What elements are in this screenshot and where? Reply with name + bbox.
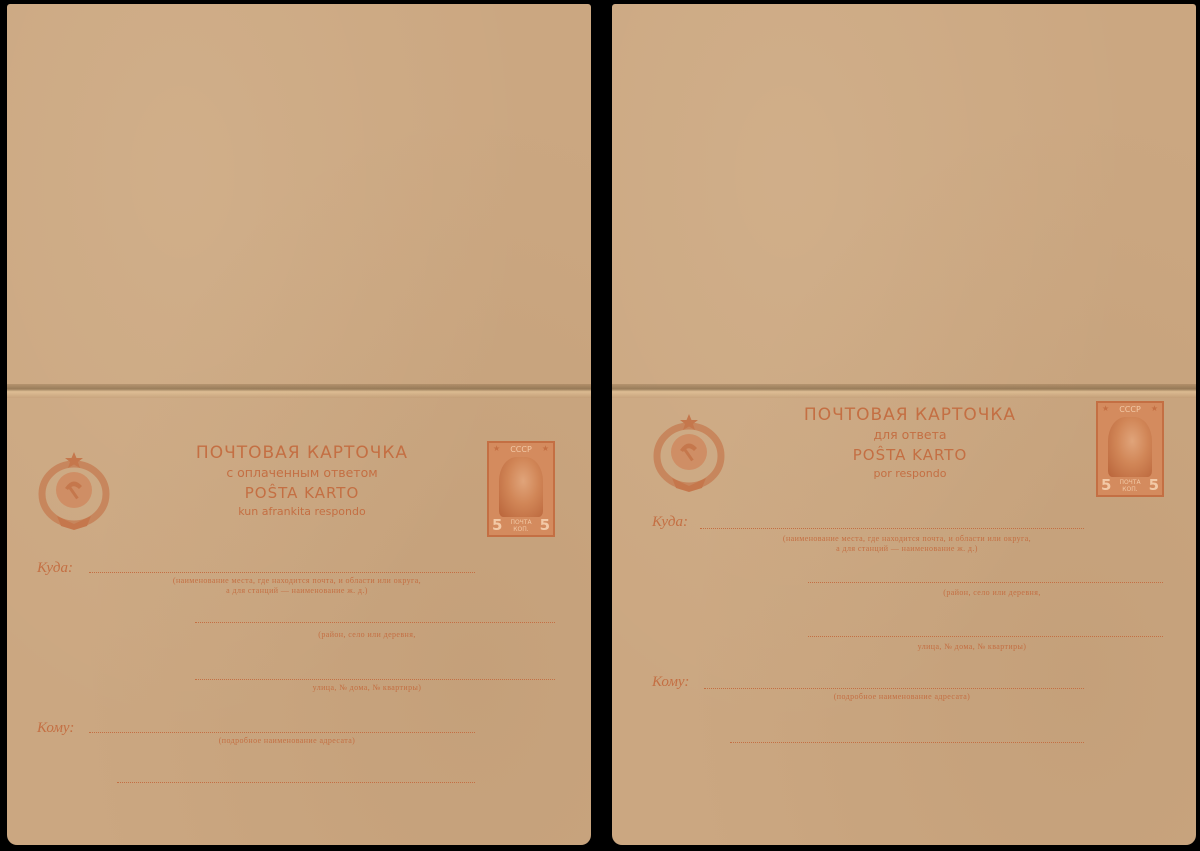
stamp-country: СССР: [1098, 405, 1162, 414]
address-line-2[interactable]: [808, 582, 1163, 583]
card-subtitle: с оплаченным ответом: [167, 464, 437, 482]
fold-crease: [7, 384, 591, 398]
address-line-1[interactable]: [89, 572, 475, 573]
esperanto-title: POŜTA KARTO: [167, 482, 437, 504]
address-hint-district: (район, село или деревня,: [247, 630, 487, 640]
blank-message-panel: [612, 4, 1196, 384]
stamp-label-bottom: КОП.: [505, 526, 537, 533]
stamp-value-right: 5: [540, 516, 550, 534]
to-whom-label: Кому:: [37, 720, 74, 737]
stamp-value: 5: [492, 516, 502, 534]
postage-stamp: ★ ★ СССР 5 ПОЧТАКОП. 5: [1096, 401, 1164, 497]
recipient-line-1[interactable]: [704, 688, 1084, 689]
address-hint-place: (наименование места, где находится почта…: [717, 534, 1097, 554]
address-line-2[interactable]: [195, 622, 555, 623]
stamp-label-top: ПОЧТА: [505, 519, 537, 526]
ussr-coat-of-arms-icon: [650, 412, 728, 496]
soldier-portrait-icon: [499, 457, 543, 517]
to-where-label: Куда:: [652, 514, 688, 531]
stamp-label-bottom: КОП.: [1114, 486, 1146, 493]
address-hint-place: (наименование места, где находится почта…: [107, 576, 487, 596]
blank-message-panel: [7, 4, 591, 384]
stamp-value: 5: [1101, 476, 1111, 494]
postcard-reply-paid: ПОЧТОВАЯ КАРТОЧКА с оплаченным ответом P…: [7, 4, 591, 845]
esperanto-title: POŜTA KARTO: [780, 444, 1040, 466]
stamp-value-right: 5: [1149, 476, 1159, 494]
postage-stamp: ★ ★ СССР 5 ПОЧТАКОП. 5: [487, 441, 555, 537]
recipient-line-2[interactable]: [730, 742, 1084, 743]
address-hint-district: (район, село или деревня,: [872, 588, 1112, 598]
recipient-line-1[interactable]: [89, 732, 475, 733]
postcard-reply: ПОЧТОВАЯ КАРТОЧКА для ответа POŜTA KARTO…: [612, 4, 1196, 845]
stamp-label-top: ПОЧТА: [1114, 479, 1146, 486]
soldier-portrait-icon: [1108, 417, 1152, 477]
esperanto-subtitle: kun afrankita respondo: [167, 504, 437, 520]
card-title: ПОЧТОВАЯ КАРТОЧКА: [780, 404, 1040, 426]
ussr-coat-of-arms-icon: [35, 450, 113, 534]
stamp-country: СССР: [489, 445, 553, 454]
address-line-3[interactable]: [808, 636, 1163, 637]
address-line-1[interactable]: [700, 528, 1084, 529]
recipient-line-2[interactable]: [117, 782, 475, 783]
card-heading: ПОЧТОВАЯ КАРТОЧКА с оплаченным ответом P…: [167, 442, 437, 520]
address-hint-street: улица, № дома, № квартиры): [247, 683, 487, 693]
card-heading: ПОЧТОВАЯ КАРТОЧКА для ответа POŜTA KARTO…: [780, 404, 1040, 482]
address-line-3[interactable]: [195, 679, 555, 680]
to-where-label: Куда:: [37, 560, 73, 577]
card-subtitle: для ответа: [780, 426, 1040, 444]
recipient-hint: (подробное наименование адресата): [157, 736, 417, 746]
recipient-hint: (подробное наименование адресата): [782, 692, 1022, 702]
card-title: ПОЧТОВАЯ КАРТОЧКА: [167, 442, 437, 464]
address-hint-street: улица, № дома, № квартиры): [852, 642, 1092, 652]
fold-crease: [612, 384, 1196, 398]
to-whom-label: Кому:: [652, 674, 689, 691]
esperanto-subtitle: por respondo: [780, 466, 1040, 482]
